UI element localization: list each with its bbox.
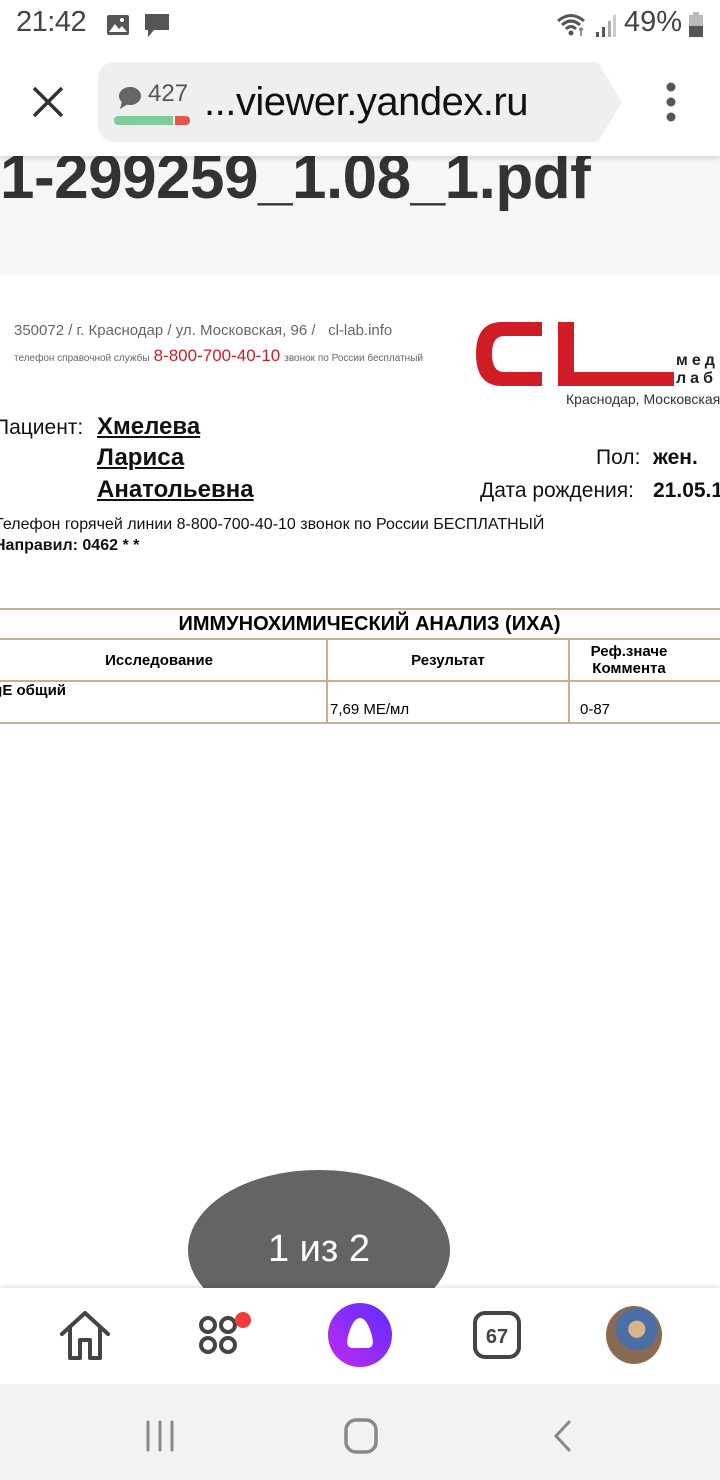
wifi-icon [556,12,590,38]
hotline-text: Телефон горячей линии 8-800-700-40-10 зв… [0,516,544,534]
comment-header: Коммента [516,660,720,677]
patient-label: Пациент: [0,416,83,440]
url-text[interactable]: ...viewer.yandex.ru [204,80,528,125]
home-button-icon[interactable] [344,1418,378,1454]
cell-result: 7,69 МЕ/мл [327,681,569,723]
more-vertical-icon[interactable] [664,80,678,126]
tabs-count-icon[interactable]: 67 [472,1310,522,1360]
pdf-page: 350072 / г. Краснодар / ул. Московская, … [0,274,720,1284]
status-bar: 21:42 49% [0,0,720,50]
alice-icon[interactable] [327,1302,393,1368]
table-row: IgE общий 7,69 МЕ/мл 0-87 [0,681,720,723]
logo-subtitle-1: мед [676,352,719,370]
cell-reference: 0-87 [569,681,720,723]
signal-icon [594,14,616,38]
results-table: ИММУНОХИМИЧЕСКИЙ АНАЛИЗ (ИХА) Исследован… [0,608,720,724]
recent-apps-icon[interactable] [144,1420,176,1452]
section-title: ИММУНОХИМИЧЕСКИЙ АНАЛИЗ (ИХА) [0,609,720,639]
notification-dot [235,1312,251,1328]
tabs-count: 67 [486,1326,508,1348]
clock: 21:42 [16,6,86,39]
services-grid-icon[interactable] [198,1310,254,1362]
rating-bar-negative [175,116,190,125]
system-navigation-bar [0,1384,720,1480]
file-title: 01-299259_1.08_1.pdf [0,156,590,213]
close-icon[interactable] [30,84,66,120]
file-title-band: 01-299259_1.08_1.pdf [0,156,720,274]
logo-subtitle-2: лаб [676,370,717,388]
message-icon [144,13,170,39]
comments-count[interactable]: 427 [148,80,188,108]
avatar[interactable] [606,1306,662,1364]
sex-value: жен. [653,446,698,470]
sex-label: Пол: [596,446,640,470]
lab-address-text: 350072 / г. Краснодар / ул. Московская, … [14,322,316,339]
help-line: телефон справочной службы8-800-700-40-10… [14,346,423,366]
help-note: звонок по России бесплатный [284,353,423,364]
address-field-tip [598,62,622,142]
patient-surname: Хмелева [97,413,200,441]
battery-icon [688,12,704,38]
help-label: телефон справочной службы [14,353,150,364]
birth-label: Дата рождения: [480,479,634,503]
test-name: IgE общий [0,682,66,699]
lab-site: cl-lab.info [328,322,392,339]
battery-percent: 49% [624,6,682,39]
gallery-icon [106,14,130,36]
rating-bar-positive [114,116,173,125]
browser-toolbar: 427 ...viewer.yandex.ru [0,50,720,156]
cell-test: IgE общий [0,681,327,723]
ref-header: Реф.значе [516,643,720,660]
lab-address: 350072 / г. Краснодар / ул. Московская, … [14,322,392,339]
page-indicator-text: 1 из 2 [188,1228,450,1271]
birth-value: 21.05.1 [653,479,720,503]
patient-patronymic: Анатольевна [97,476,254,504]
patient-first-name: Лариса [97,444,184,472]
column-header-test: Исследование [0,639,327,681]
logo-city: Краснодар, Московская [566,391,720,407]
cl-logo [472,318,677,390]
column-header-reference: Реф.значеКоммента [569,639,720,681]
home-icon[interactable] [58,1310,112,1362]
help-phone: 8-800-700-40-10 [154,346,281,365]
referrer-text: Направил: 0462 * * [0,537,139,555]
bottom-navigation: 67 [0,1288,720,1384]
back-icon[interactable] [552,1420,574,1452]
comment-icon [118,85,144,111]
